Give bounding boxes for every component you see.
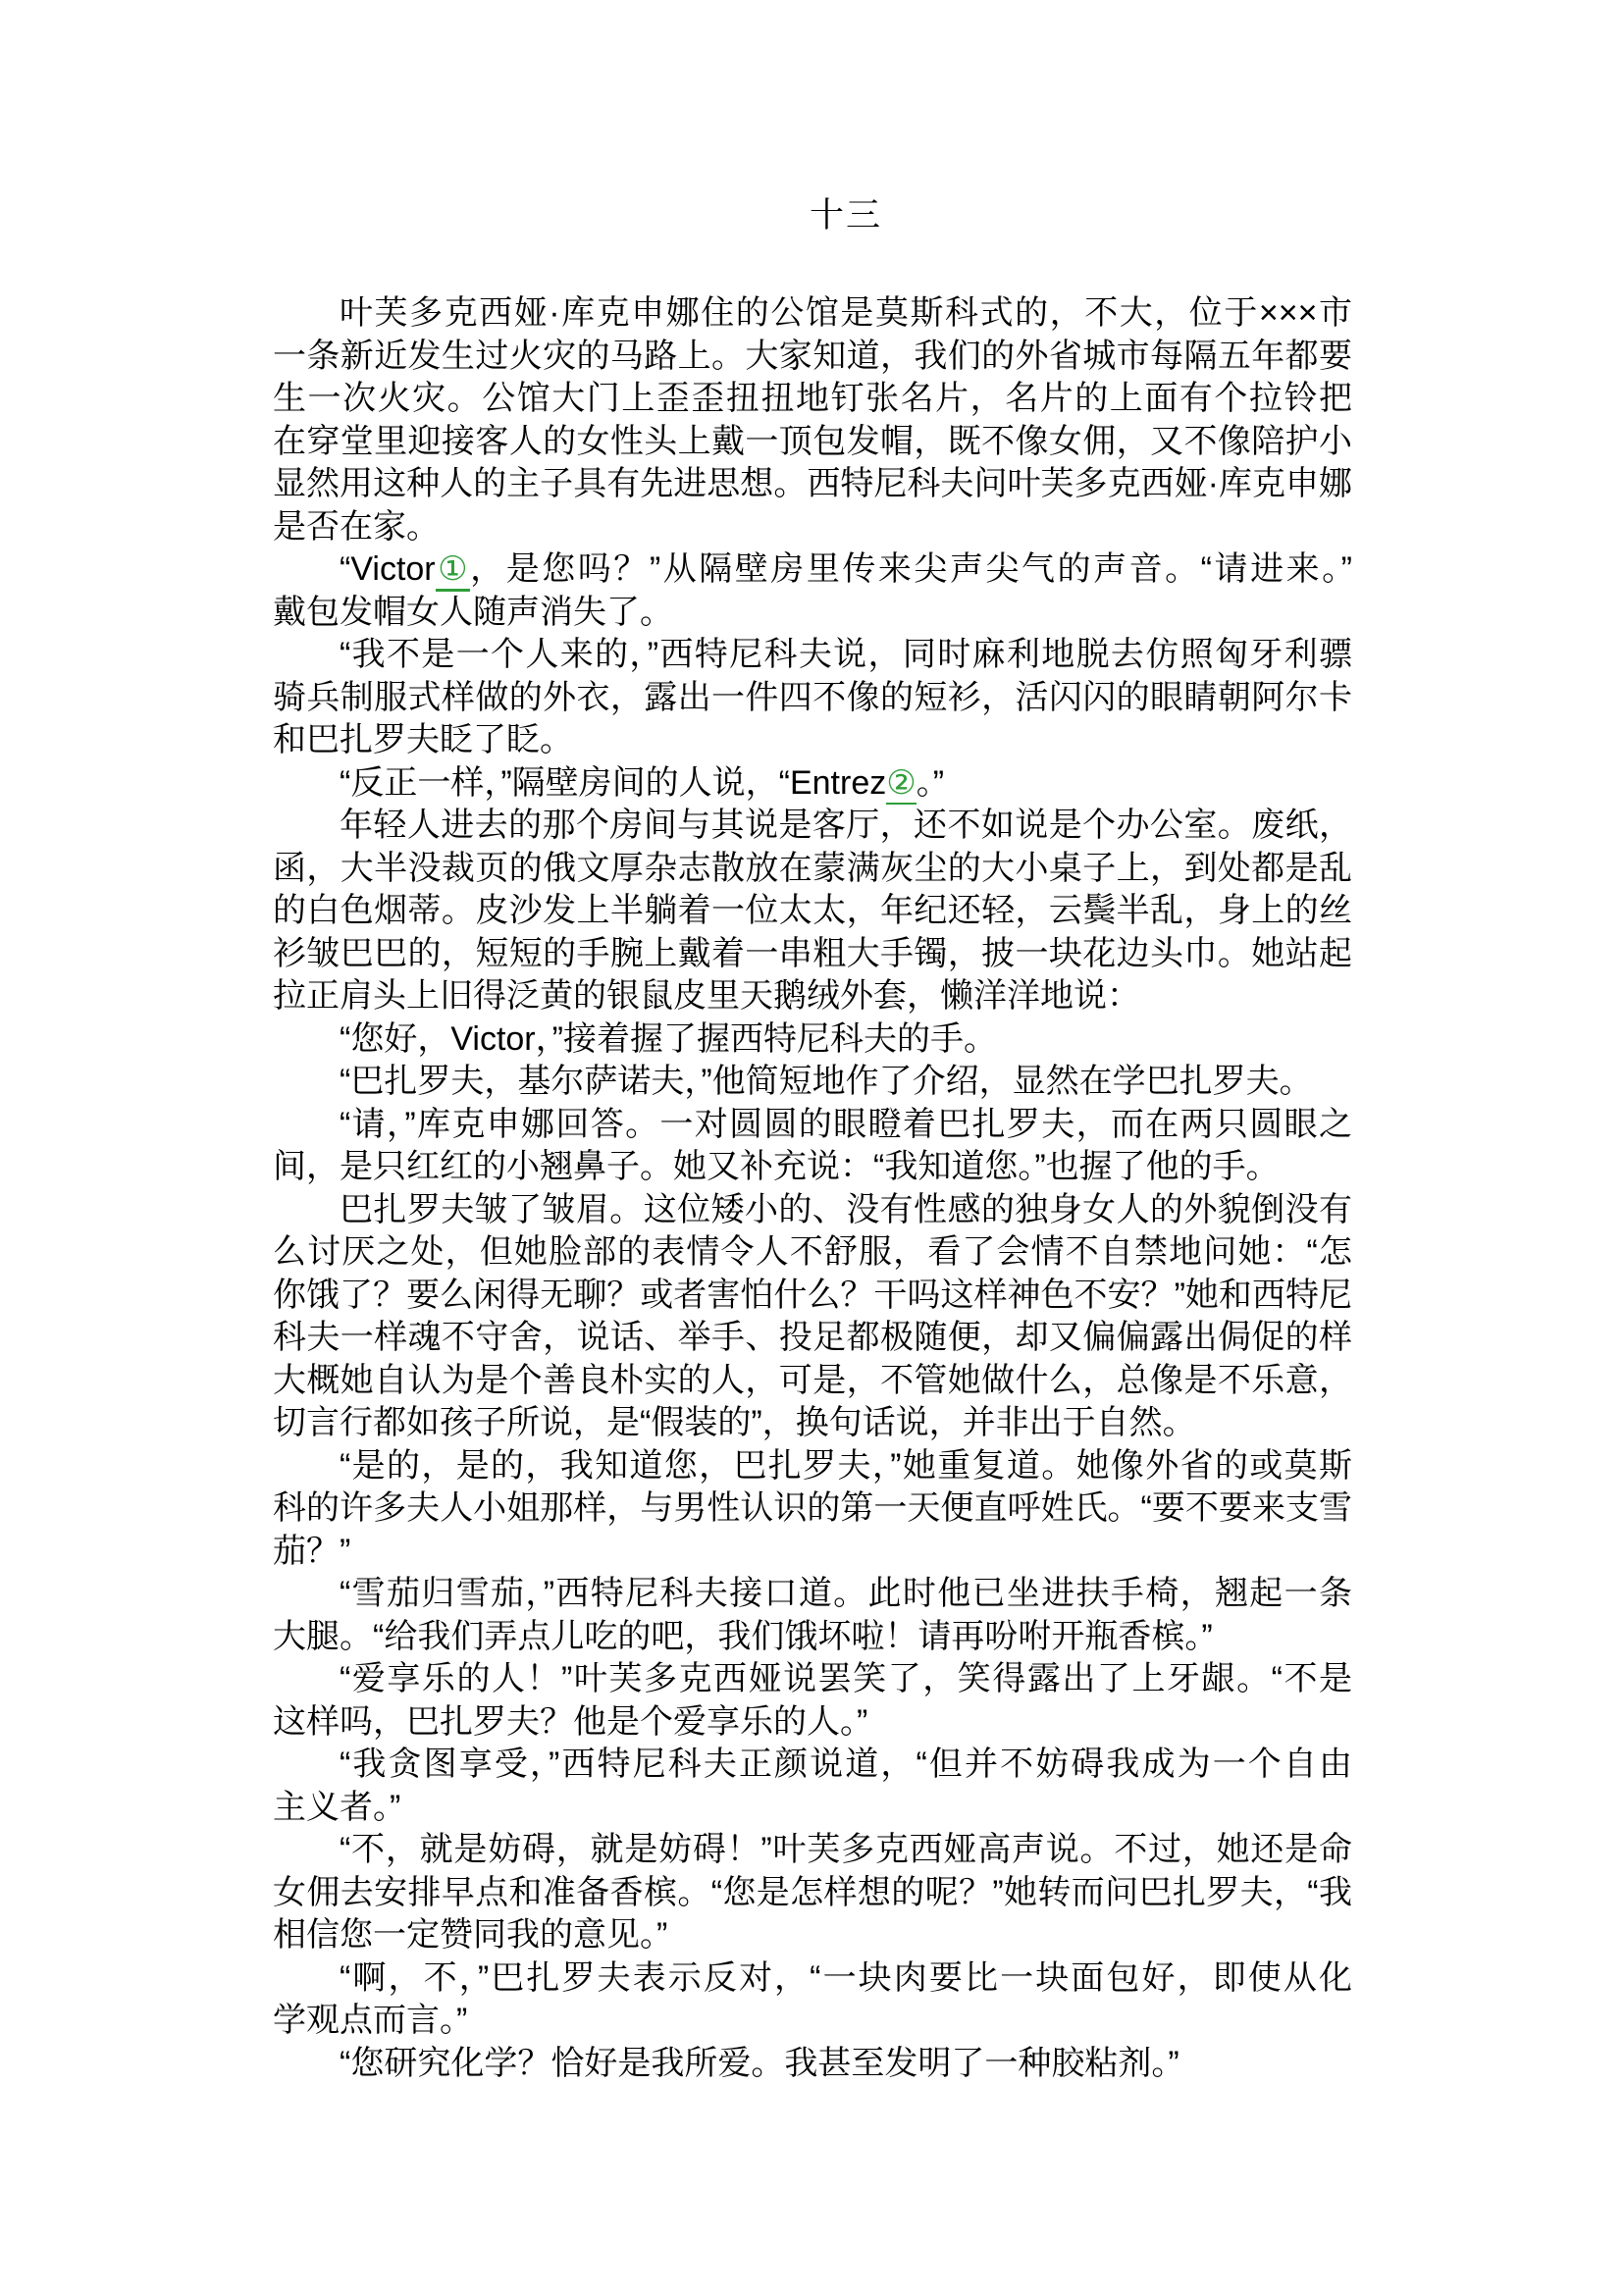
text-line: 巴扎罗夫皱了皱眉。这位矮小的、没有性感的独身女人的外貌倒没有什 [273, 1189, 1352, 1232]
footnote-marker1-icon: ① [436, 550, 471, 592]
text-line: 大腿。“给我们弄点儿吃的吧，我们饿坏啦！请再吩咐开瓶香槟。” [273, 1616, 1352, 1659]
footnote-marker2-icon: ② [886, 764, 916, 806]
text-line: “您好，Victor，”接着握了握西特尼科夫的手。 [273, 1018, 1352, 1062]
text-line: 是否在家。 [273, 506, 1352, 549]
text-line: 叶芙多克西娅·库克申娜住的公馆是莫斯科式的，不大，位于×××市 [273, 292, 1352, 336]
text-line: 科的许多夫人小姐那样，与男性认识的第一天便直呼姓氏。“要不要来支雪 [273, 1487, 1352, 1531]
page-body: 叶芙多克西娅·库克申娜住的公馆是莫斯科式的，不大，位于×××市一条新近发生过火灾… [273, 292, 1352, 2085]
text-line: 大概她自认为是个善良朴实的人，可是，不管她做什么，总像是不乐意，一 [273, 1360, 1352, 1403]
text-line: 你饿了？要么闲得无聊？或者害怕什么？干吗这样神色不安？”她和西特尼 [273, 1275, 1352, 1318]
text-line: 年轻人进去的那个房间与其说是客厅，还不如说是个办公室。废纸，信 [273, 805, 1352, 848]
text-line: 显然用这种人的主子具有先进思想。西特尼科夫问叶芙多克西娅·库克申娜 [273, 463, 1352, 506]
text-line: 衫皱巴巴的，短短的手腕上戴着一串粗大手镯，披一块花边头巾。她站起来， [273, 933, 1352, 976]
document-page: 十三 叶芙多克西娅·库克申娜住的公馆是莫斯科式的，不大，位于×××市一条新近发生… [0, 0, 1624, 2294]
text-line: “我贪图享受，”西特尼科夫正颜说道，“但并不妨碍我成为一个自由 [273, 1744, 1352, 1787]
text-line: 相信您一定赞同我的意见。” [273, 1914, 1352, 1957]
text-line: “雪茄归雪茄，”西特尼科夫接口道。此时他已坐进扶手椅，翘起一条 [273, 1573, 1352, 1616]
text-line: 科夫一样魂不守舍，说话、举手、投足都极随便，却又偏偏露出侷促的样子。 [273, 1317, 1352, 1360]
text-line: 茄？” [273, 1531, 1352, 1574]
text-line: “巴扎罗夫，基尔萨诺夫，”他简短地作了介绍，显然在学巴扎罗夫。 [273, 1061, 1352, 1104]
text-line: 这样吗，巴扎罗夫？他是个爱享乐的人。” [273, 1701, 1352, 1745]
text-line: “请，”库克申娜回答。一对圆圆的眼瞪着巴扎罗夫，而在两只圆眼之 [273, 1104, 1352, 1147]
text-line: 函，大半没裁页的俄文厚杂志散放在蒙满灰尘的大小桌子上，到处都是乱扔 [273, 848, 1352, 891]
text-line: 切言行都如孩子所说，是“假装的”，换句话说，并非出于自然。 [273, 1402, 1352, 1445]
text-line: 骑兵制服式样做的外衣，露出一件四不像的短衫，活闪闪的眼睛朝阿尔卡季 [273, 677, 1352, 720]
text-line: 在穿堂里迎接客人的女性头上戴一顶包发帽，既不像女佣，又不像陪护小姐， [273, 421, 1352, 464]
chapter-title: 十三 [306, 194, 1386, 237]
text-line: “不，就是妨碍，就是妨碍！”叶芙多克西娅高声说。不过，她还是命 [273, 1829, 1352, 1872]
text-line: 和巴扎罗夫眨了眨。 [273, 719, 1352, 762]
text-line: “您研究化学？恰好是我所爱。我甚至发明了一种胶粘剂。” [273, 2043, 1352, 2086]
text-line: 拉正肩头上旧得泛黄的银鼠皮里天鹅绒外套，懒洋洋地说： [273, 975, 1352, 1018]
text-line: 女佣去安排早点和准备香槟。“您是怎样想的呢？”她转而问巴扎罗夫，“我 [273, 1872, 1352, 1915]
text-line: “Victor①，是您吗？”从隔壁房里传来尖声尖气的声音。“请进来。” [273, 548, 1352, 592]
text-line: 主义者。” [273, 1787, 1352, 1830]
text-line: 戴包发帽女人随声消失了。 [273, 592, 1352, 635]
text-line: “反正一样，”隔壁房间的人说，“Entrez②。” [273, 762, 1352, 806]
text-line: “爱享乐的人！”叶芙多克西娅说罢笑了，笑得露出了上牙龈。“不是 [273, 1658, 1352, 1701]
text-line: 么讨厌之处，但她脸部的表情令人不舒服，看了会情不自禁地问她：“怎么， [273, 1231, 1352, 1275]
text-line: 一条新近发生过火灾的马路上。大家知道，我们的外省城市每隔五年都要发 [273, 336, 1352, 379]
text-line: “啊，不，”巴扎罗夫表示反对，“一块肉要比一块面包好，即使从化 [273, 1957, 1352, 2001]
text-line: “是的，是的，我知道您，巴扎罗夫，”她重复道。她像外省的或莫斯 [273, 1445, 1352, 1488]
text-line: 的白色烟蒂。皮沙发上半躺着一位太太，年纪还轻，云鬓半乱，身上的丝裙 [273, 890, 1352, 933]
text-line: 学观点而言。” [273, 2000, 1352, 2043]
text-line: “我不是一个人来的，”西特尼科夫说，同时麻利地脱去仿照匈牙利骠 [273, 634, 1352, 677]
text-line: 生一次火灾。公馆大门上歪歪扭扭地钉张名片，名片的上面有个拉铃把手。 [273, 378, 1352, 421]
text-line: 间，是只红红的小翘鼻子。她又补充说：“我知道您。”也握了他的手。 [273, 1146, 1352, 1189]
